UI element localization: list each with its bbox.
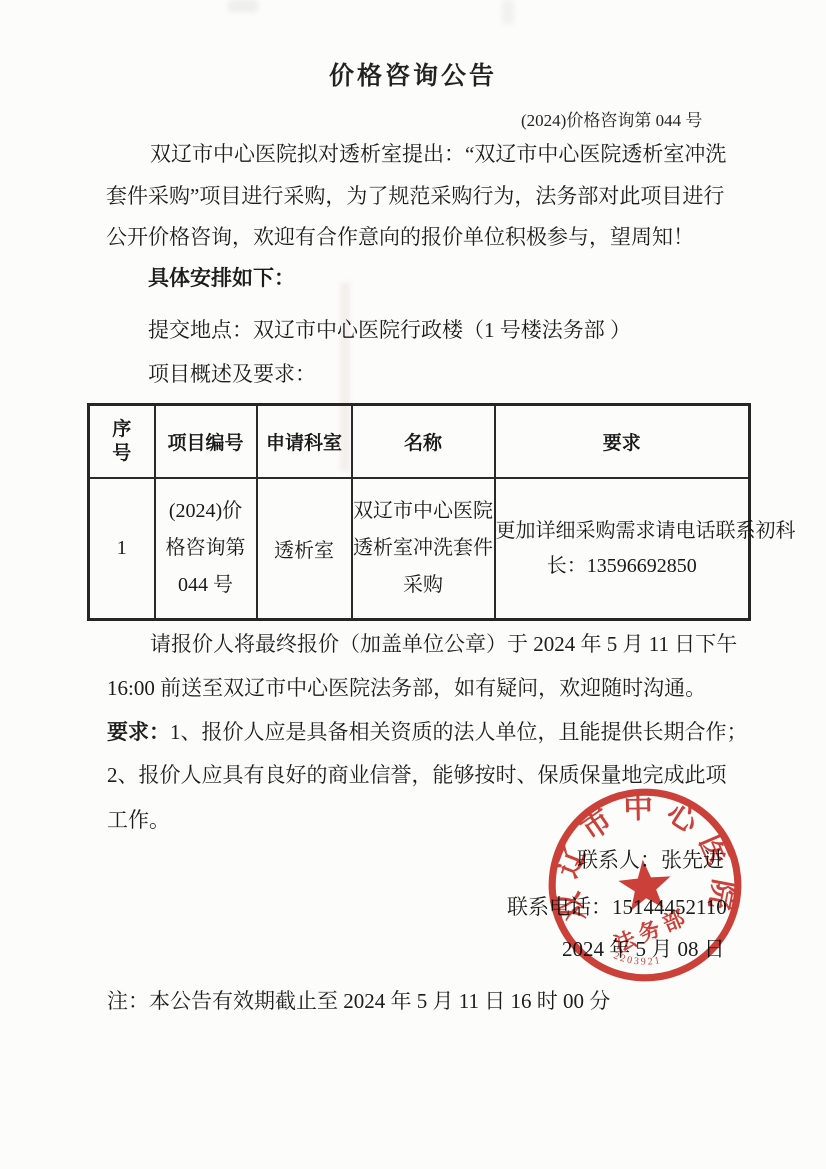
- column-header-seq: 序号: [89, 405, 155, 479]
- cell-seq: 1: [89, 478, 155, 620]
- doc-number: (2024)价格咨询第 044 号: [521, 106, 702, 131]
- column-header-name: 名称: [352, 405, 495, 479]
- cell-department: 透析室: [257, 478, 352, 620]
- requirements-line: 工作。: [107, 807, 170, 834]
- cell-project-no: (2024)价 格咨询第 044 号: [155, 478, 257, 620]
- closing-line: 16:00 前送至双辽市中心医院法务部，如有疑问，欢迎随时沟通。: [107, 675, 706, 702]
- table-row: 1 (2024)价 格咨询第 044 号 透析室 双辽市中心医院 透析室冲洗套件…: [89, 478, 750, 620]
- arrangement-heading: 具体安排如下：: [148, 265, 295, 292]
- column-header-project-no: 项目编号: [155, 405, 257, 479]
- overview-heading: 项目概述及要求：: [148, 361, 316, 388]
- column-header-requirement: 要求: [495, 405, 750, 479]
- page-title: 价格咨询公告: [0, 56, 826, 92]
- seal-org-text: 双辽市中心医院: [543, 783, 744, 938]
- scan-smudge: [502, 0, 514, 24]
- intro-line: 公开价格咨询，欢迎有合作意向的报价单位积极参与，望周知！: [106, 224, 694, 251]
- closing-line: 请报价人将最终报价（加盖单位公章）于 2024 年 5 月 11 日下午: [150, 631, 737, 658]
- requirements-line: 要求：1、报价人应是具备相关资质的法人单位，且能提供长期合作；: [107, 719, 748, 746]
- requirements-label: 要求：: [107, 720, 170, 744]
- seal-dept-text: 法务部: [610, 903, 693, 957]
- validity-note: 注：本公告有效期截止至 2024 年 5 月 11 日 16 时 00 分: [107, 988, 610, 1015]
- table-header-row: 序号 项目编号 申请科室 名称 要求: [89, 405, 750, 479]
- cell-name: 双辽市中心医院 透析室冲洗套件 采购: [352, 478, 495, 620]
- intro-line: 双辽市中心医院拟对透析室提出：“双辽市中心医院透析室冲洗: [150, 141, 726, 168]
- cell-requirement: 更加详细采购需求请电话联系初科 长：13596692850: [495, 478, 750, 620]
- seal-star-icon: [617, 857, 674, 911]
- scanned-document-page: 价格咨询公告 (2024)价格咨询第 044 号 双辽市中心医院拟对透析室提出：…: [0, 0, 826, 1169]
- scan-smudge: [228, 0, 258, 12]
- intro-line: 套件采购”项目进行采购，为了规范采购行为，法务部对此项目进行: [106, 183, 724, 210]
- official-seal: 双辽市中心医院 法务部 2203921: [534, 774, 755, 995]
- submit-location: 提交地点：双辽市中心医院行政楼（1 号楼法务部 ）: [148, 317, 631, 344]
- column-header-department: 申请科室: [257, 405, 352, 479]
- project-table: 序号 项目编号 申请科室 名称 要求 1 (2024)价 格咨询第 044 号 …: [87, 403, 751, 621]
